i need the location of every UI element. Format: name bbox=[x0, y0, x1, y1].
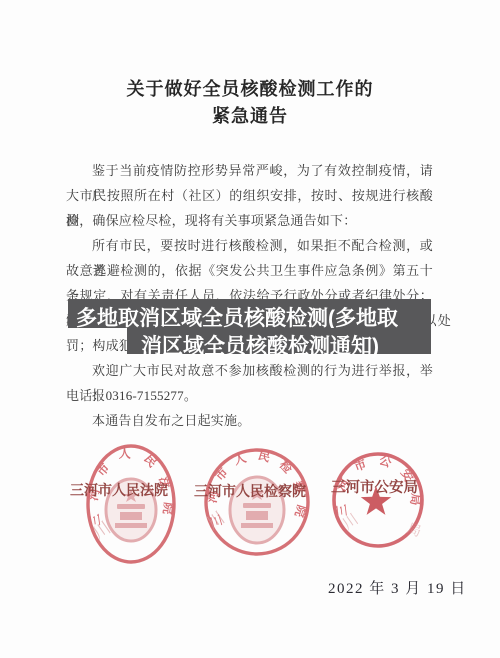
body-line: 测，确保应检尽检，现将有关事项紧急通告如下： bbox=[66, 208, 433, 233]
notice-document: 关于做好全员核酸检测工作的 紧急通告 鉴于当前疫情防控形势异常严峻，为了有效控制… bbox=[0, 0, 500, 658]
stamp-peoples-procuratorate: 三河市人民检察院 川 三河市人民检察院 bbox=[194, 448, 310, 554]
stamp-org-name: 三河市公安局 bbox=[331, 478, 418, 496]
stamp-public-security-bureau: 三河市公安局 川 局 三河市公安局 bbox=[331, 452, 423, 546]
stamp-peoples-court: 三河市人民法院 川 三河市人民法院 bbox=[70, 446, 177, 562]
notice-body: 鉴于当前疫情防控形势异常严峻，为了有效控制疫情，请广 大市民按照所在村（社区）的… bbox=[66, 158, 433, 433]
notice-date: 2022 年 3 月 19 日 bbox=[328, 577, 467, 598]
stamp-org-name: 三河市人民法院 bbox=[70, 482, 168, 499]
caption-overlay-line2: 消区域全员核酸检测通知) bbox=[127, 328, 431, 354]
body-line: 故意逃避检测的，依据《突发公共卫生事件应急条例》第五十一 bbox=[66, 258, 433, 283]
notice-title-line1: 关于做好全员核酸检测工作的 bbox=[0, 76, 500, 103]
stamp-watermark: 局 bbox=[405, 521, 424, 541]
body-line: 鉴于当前疫情防控形势异常严峻，为了有效控制疫情，请广 bbox=[66, 158, 433, 183]
body-line: 电话：0316-7155277。 bbox=[66, 383, 433, 408]
body-line: 欢迎广大市民对故意不参加核酸检测的行为进行举报，举报 bbox=[66, 358, 433, 383]
body-line: 大市民按照所在村（社区）的组织安排，按时、按规进行核酸检 bbox=[66, 183, 433, 208]
notice-title-line2: 紧急通告 bbox=[0, 103, 500, 130]
stamp-org-name: 三河市人民检察院 bbox=[194, 483, 306, 500]
notice-title: 关于做好全员核酸检测工作的 紧急通告 bbox=[0, 76, 500, 130]
caption-overlay-line1: 多地取消区域全员核酸检测(多地取 bbox=[68, 299, 431, 328]
body-line: 所有市民，要按时进行核酸检测，如果拒不配合检测，或者 bbox=[66, 233, 433, 258]
